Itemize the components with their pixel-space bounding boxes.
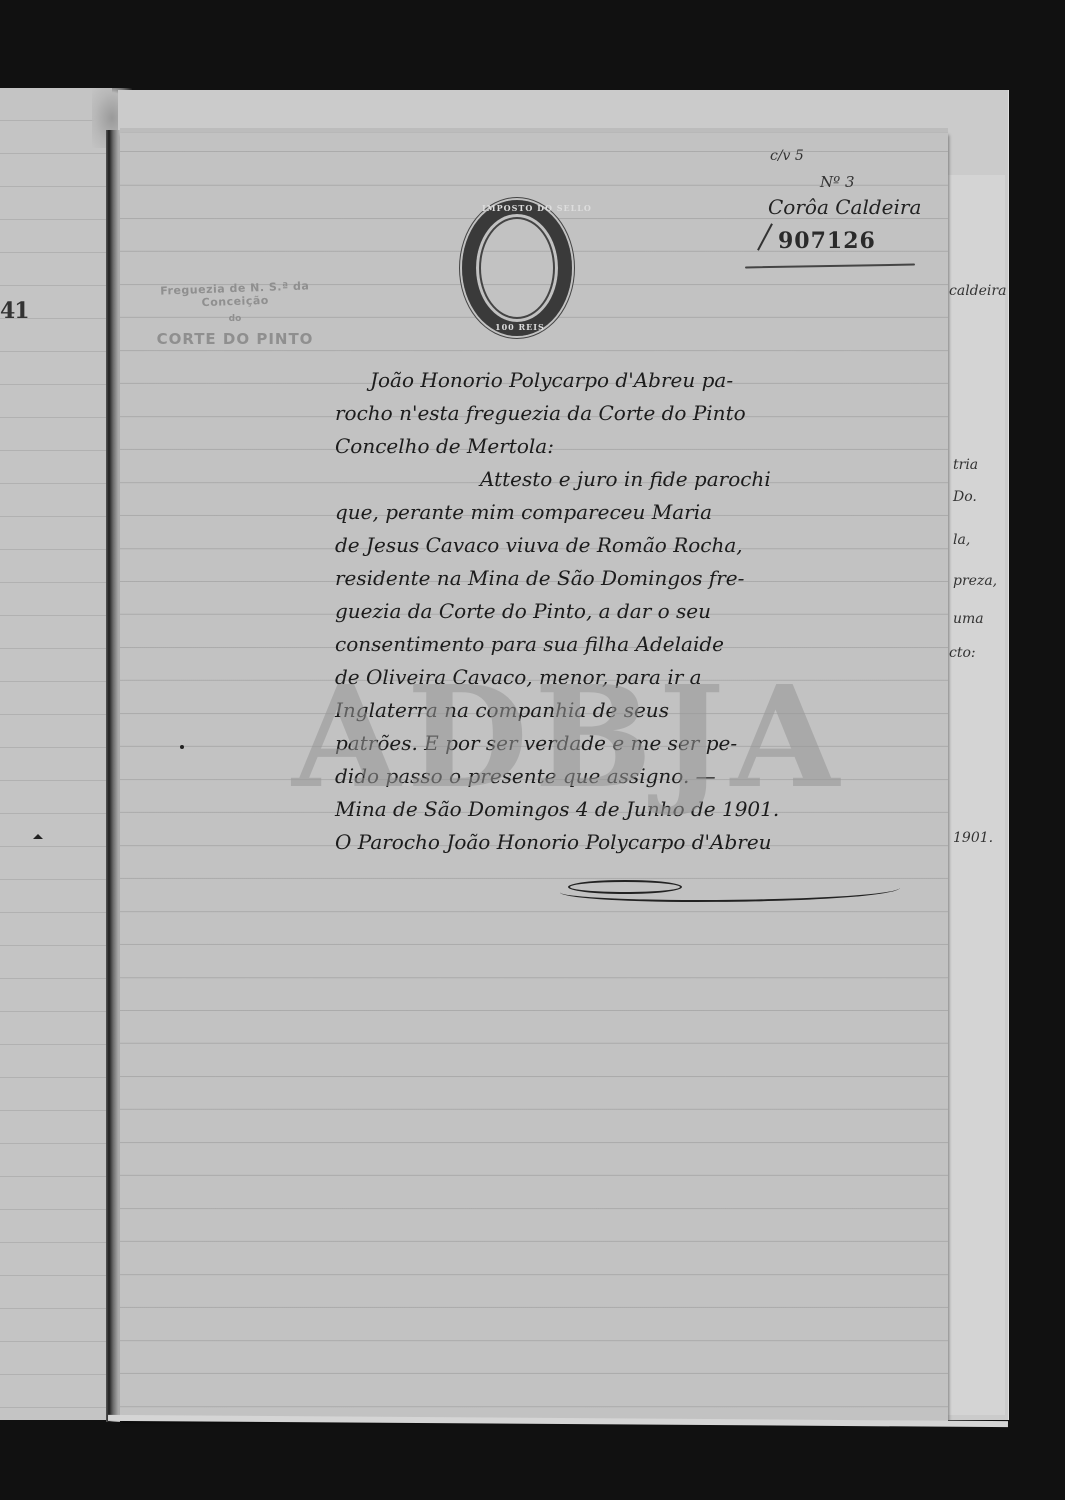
margin-note: Do. <box>953 489 977 505</box>
reference-top-note: c/v 5 <box>770 148 804 164</box>
fiscal-stamp-bottom: 100 REIS <box>495 322 545 332</box>
signature-line: O Parocho João Honorio Polycarpo d'Abreu <box>335 826 935 859</box>
fiscal-stamp-top: IMPOSTO DO SELLO <box>482 203 592 213</box>
text-line: Mina de São Domingos 4 de Junho de 1901. <box>335 793 935 826</box>
text-line: patrões. E por ser verdade e me ser pe- <box>335 727 935 760</box>
text-line: dido passo o presente que assigno. — <box>335 760 935 793</box>
left-page: 41 <box>0 88 112 1420</box>
margin-note: la, <box>953 532 970 548</box>
text-line: guezia da Corte do Pinto, a dar o seu <box>335 595 935 628</box>
back-sheet-margin: caldeira tria Do. la, preza, uma tacto: … <box>945 175 1005 1415</box>
reference-number-label: Nº 3 <box>820 173 855 191</box>
text-line: Concelho de Mertola: <box>335 430 935 463</box>
text-line: Inglaterra na companhia de seus <box>335 694 935 727</box>
text-line: que, perante mim compareceu Maria <box>335 496 935 529</box>
signature-flourish-loop <box>568 880 682 894</box>
book-gutter <box>106 130 120 1422</box>
parish-stamp-middle: do <box>140 314 330 324</box>
text-line: rocho n'esta freguezia da Corte do Pinto <box>335 397 935 430</box>
reference-name-note: Corôa Caldeira <box>768 195 921 219</box>
serial-number: 907126 <box>778 228 876 254</box>
text-line: Attesto e juro in fide parochi <box>335 463 935 496</box>
text-line: João Honorio Polycarpo d'Abreu pa- <box>335 364 935 397</box>
text-line: de Oliveira Cavaco, menor, para ir a <box>335 661 935 694</box>
left-page-number: 41 <box>0 298 29 324</box>
fiscal-stamp-icon <box>462 200 572 336</box>
margin-note: preza, <box>953 573 997 589</box>
margin-note: tria <box>953 457 978 473</box>
margin-note: 1901. <box>953 830 993 846</box>
text-line: consentimento para sua filha Adelaide <box>335 628 935 661</box>
handwritten-text: João Honorio Polycarpo d'Abreu pa- rocho… <box>335 364 935 859</box>
parish-stamp-name: CORTE DO PINTO <box>140 330 330 348</box>
page-mark <box>180 745 184 749</box>
parish-stamp: Freguezia de N. S.ª da Conceição do CORT… <box>140 272 330 362</box>
left-page-mark <box>33 834 43 839</box>
text-line: de Jesus Cavaco viuva de Romão Rocha, <box>335 529 935 562</box>
margin-note: caldeira <box>949 283 1006 299</box>
parish-stamp-arc: Freguezia de N. S.ª da Conceição <box>140 279 331 312</box>
margin-note: uma <box>953 611 984 627</box>
text-line: residente na Mina de São Domingos fre- <box>335 562 935 595</box>
